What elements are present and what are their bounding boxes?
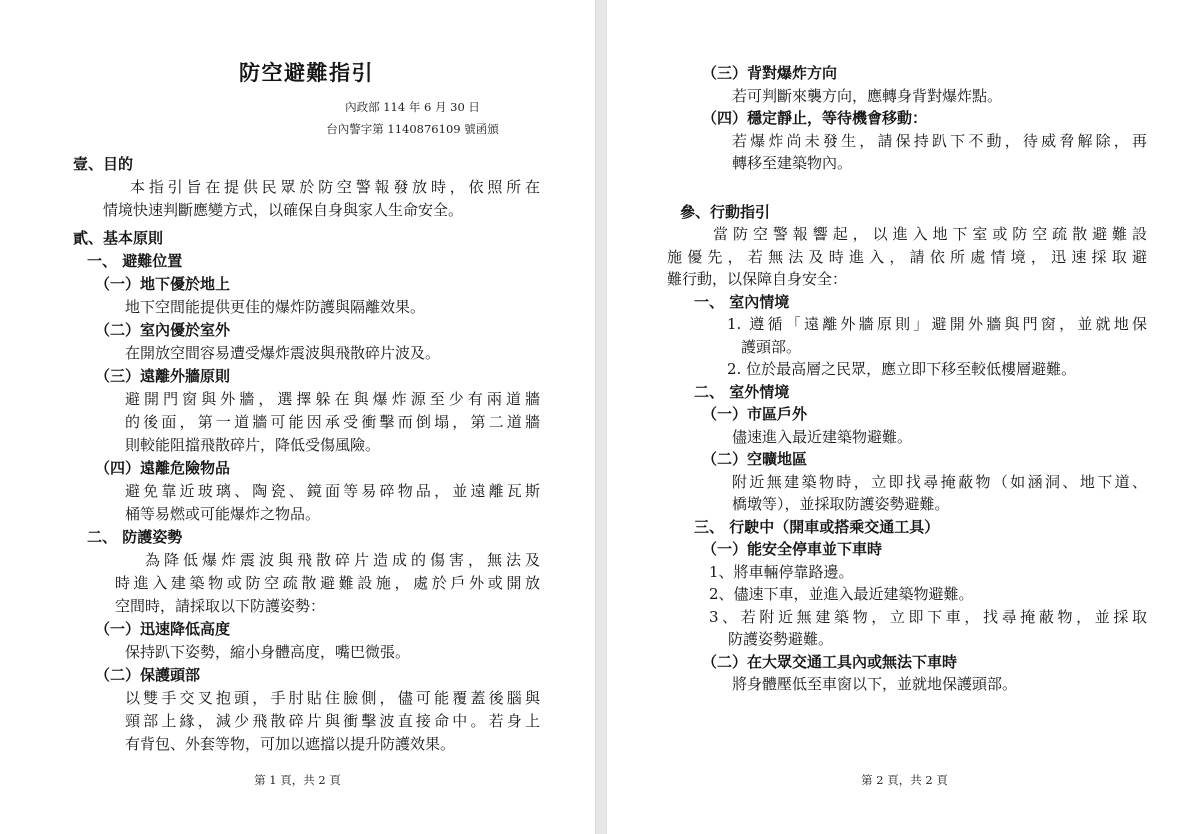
- text-line: 有背包、外套等物，可加以遮擋以提升防護效果。: [125, 733, 540, 756]
- text-line: 若可判斷來襲方向，應轉身背對爆炸點。: [732, 85, 1147, 108]
- text-line: 附近無建築物時，立即找尋掩蔽物（如涵洞、地下道、: [732, 471, 1147, 494]
- subsection-heading-location: 一、 避難位置: [0, 250, 595, 273]
- subsection-heading-outdoor-situation: 二、 室外情境: [607, 381, 1202, 404]
- text-line: 難行動，以保障自身安全：: [667, 268, 1147, 291]
- item-body-away-from-walls: 避開門窗與外牆，選擇躲在與爆炸源至少有兩道牆的後面，第一道牆可能因承受衝擊而倒塌…: [0, 388, 595, 457]
- text-line: 避免靠近玻璃、陶瓷、鏡面等易碎物品，並遠離瓦斯: [125, 480, 540, 503]
- item-heading-open-area: （二）空曠地區: [607, 448, 1202, 471]
- issue-number: 台內警字第 1140876109 號函頒: [260, 118, 565, 140]
- text-line: 避開門窗與外牆，選擇躲在與爆炸源至少有兩道牆: [125, 388, 540, 411]
- subsection-heading-indoor-situation: 一、 室內情境: [607, 291, 1202, 314]
- item-body-underground: 地下空間能提供更佳的爆炸防護與隔離效果。: [0, 296, 595, 319]
- section-heading-purpose: 壹、目的: [0, 153, 595, 176]
- action-intro-paragraph: 當防空警報響起，以進入地下室或防空疏散避難設施優先，若無法及時進入，請依所處情境…: [607, 223, 1202, 291]
- item-heading-public-transport: （二）在大眾交通工具內或無法下車時: [607, 651, 1202, 674]
- purpose-paragraph: 本指引旨在提供民眾於防空警報發放時，依照所在情境快速判斷應變方式，以確保自身與家…: [0, 176, 595, 222]
- item-heading-hazardous-objects: （四）遠離危險物品: [0, 457, 595, 480]
- item-body-face-away: 若可判斷來襲方向，應轉身背對爆炸點。: [607, 85, 1202, 108]
- item-heading-away-from-walls: （三）遠離外牆原則: [0, 365, 595, 388]
- page-1-footer: 第 1 頁，共 2 頁: [0, 772, 595, 788]
- item-body-public-transport: 將身體壓低至車窗以下，並就地保護頭部。: [607, 673, 1202, 696]
- text-line: 2. 位於最高層之民眾，應立即下移至較低樓層避難。: [727, 358, 1147, 381]
- page-2-content: （三）背對爆炸方向 若可判斷來襲方向，應轉身背對爆炸點。 （四）穩定靜止，等待機…: [607, 0, 1202, 834]
- text-line: 將身體壓低至車窗以下，並就地保護頭部。: [732, 673, 1147, 696]
- document-viewer: { "document": { "page1": { "title": "防空避…: [0, 0, 1202, 834]
- subsection-heading-posture: 二、 防護姿勢: [0, 526, 595, 549]
- item-heading-protect-head: （二）保護頭部: [0, 664, 595, 687]
- item-body-urban-outdoor: 儘速進入最近建築物避難。: [607, 426, 1202, 449]
- item-body-open-area: 附近無建築物時，立即找尋掩蔽物（如涵洞、地下道、橋墩等），並採取防護姿勢避難。: [607, 471, 1202, 516]
- document-title: 防空避難指引: [0, 58, 595, 88]
- item-heading-lower-height: （一）迅速降低高度: [0, 618, 595, 641]
- text-line: 保持趴下姿勢，縮小身體高度，嘴巴微張。: [125, 641, 540, 664]
- item-heading-indoor: （二）室內優於室外: [0, 319, 595, 342]
- indoor-item-2: 2. 位於最高層之民眾，應立即下移至較低樓層避難。: [607, 358, 1202, 381]
- text-line: 若爆炸尚未發生，請保持趴下不動，待威脅解除，再: [732, 130, 1147, 153]
- page-2: （三）背對爆炸方向 若可判斷來襲方向，應轉身背對爆炸點。 （四）穩定靜止，等待機…: [607, 0, 1202, 834]
- item-body-stay-still: 若爆炸尚未發生，請保持趴下不動，待威脅解除，再轉移至建築物內。: [607, 130, 1202, 175]
- item-body-hazardous-objects: 避免靠近玻璃、陶瓷、鏡面等易碎物品，並遠離瓦斯桶等易燃或可能爆炸之物品。: [0, 480, 595, 526]
- text-line: 為降低爆炸震波與飛散碎片造成的傷害，無法及: [115, 549, 540, 572]
- page-1: 防空避難指引 內政部 114 年 6 月 30 日 台內警字第 11408761…: [0, 0, 595, 834]
- page-gutter: [595, 0, 607, 834]
- posture-intro-paragraph: 為降低爆炸震波與飛散碎片造成的傷害，無法及時進入建築物或防空疏散避難設施，處於戶…: [0, 549, 595, 618]
- item-body-protect-head: 以雙手交叉抱頭，手肘貼住臉側，儘可能覆蓋後腦與頸部上緣，減少飛散碎片與衝擊波直接…: [0, 687, 595, 756]
- text-line: 桶等易燃或可能爆炸之物品。: [125, 503, 540, 526]
- issuing-reference: 內政部 114 年 6 月 30 日 台內警字第 1140876109 號函頒: [0, 96, 595, 140]
- text-line: 1. 遵循「遠離外牆原則」避開外牆與門窗，並就地保: [727, 313, 1147, 336]
- transit-item-2: 2、儘速下車，並進入最近建築物避難。: [607, 583, 1202, 606]
- text-line: 1、將車輛停靠路邊。: [709, 561, 1147, 584]
- indoor-item-1: 1. 遵循「遠離外牆原則」避開外牆與門窗，並就地保護頭部。: [607, 313, 1202, 358]
- text-line: 轉移至建築物內。: [732, 152, 1147, 175]
- text-line: 防護姿勢避難。: [709, 628, 1147, 651]
- text-line: 地下空間能提供更佳的爆炸防護與隔離效果。: [125, 296, 540, 319]
- text-line: 本指引旨在提供民眾於防空警報發放時，依照所在: [103, 176, 540, 199]
- transit-item-1: 1、將車輛停靠路邊。: [607, 561, 1202, 584]
- text-line: 則較能阻擋飛散碎片，降低受傷風險。: [125, 434, 540, 457]
- subsection-heading-in-transit: 三、 行駛中（開車或搭乘交通工具）: [607, 516, 1202, 539]
- text-line: 施優先，若無法及時進入，請依所處情境，迅速採取避: [667, 246, 1147, 269]
- text-line: 情境快速判斷應變方式，以確保自身與家人生命安全。: [103, 199, 540, 222]
- issue-date: 內政部 114 年 6 月 30 日: [260, 96, 565, 118]
- text-line: 護頭部。: [727, 336, 1147, 359]
- text-line: 以雙手交叉抱頭，手肘貼住臉側，儘可能覆蓋後腦與: [125, 687, 540, 710]
- page-2-footer: 第 2 頁，共 2 頁: [607, 772, 1202, 788]
- text-line: 時進入建築物或防空疏散避難設施，處於戶外或開放: [115, 572, 540, 595]
- item-heading-underground: （一）地下優於地上: [0, 273, 595, 296]
- text-line: 當防空警報響起，以進入地下室或防空疏散避難設: [667, 223, 1147, 246]
- item-heading-stay-still: （四）穩定靜止，等待機會移動：: [607, 107, 1202, 130]
- transit-item-3: 3、若附近無建築物，立即下車，找尋掩蔽物，並採取防護姿勢避難。: [607, 606, 1202, 651]
- text-line: 橋墩等），並採取防護姿勢避難。: [732, 493, 1147, 516]
- text-line: 2、儘速下車，並進入最近建築物避難。: [709, 583, 1147, 606]
- text-line: 3、若附近無建築物，立即下車，找尋掩蔽物，並採取: [709, 606, 1147, 629]
- item-heading-can-stop-car: （一）能安全停車並下車時: [607, 538, 1202, 561]
- text-line: 的後面，第一道牆可能因承受衝擊而倒塌，第二道牆: [125, 411, 540, 434]
- text-line: 在開放空間容易遭受爆炸震波與飛散碎片波及。: [125, 342, 540, 365]
- text-line: 頸部上緣，減少飛散碎片與衝擊波直接命中。若身上: [125, 710, 540, 733]
- text-line: 儘速進入最近建築物避難。: [732, 426, 1147, 449]
- text-line: 空間時，請採取以下防護姿勢：: [115, 595, 540, 618]
- section-heading-action: 參、行動指引: [607, 201, 1202, 224]
- item-heading-urban-outdoor: （一）市區戶外: [607, 403, 1202, 426]
- page-1-content: 防空避難指引 內政部 114 年 6 月 30 日 台內警字第 11408761…: [0, 0, 595, 834]
- item-body-indoor: 在開放空間容易遭受爆炸震波與飛散碎片波及。: [0, 342, 595, 365]
- section-heading-principles: 貳、基本原則: [0, 227, 595, 250]
- item-body-lower-height: 保持趴下姿勢，縮小身體高度，嘴巴微張。: [0, 641, 595, 664]
- item-heading-face-away: （三）背對爆炸方向: [607, 62, 1202, 85]
